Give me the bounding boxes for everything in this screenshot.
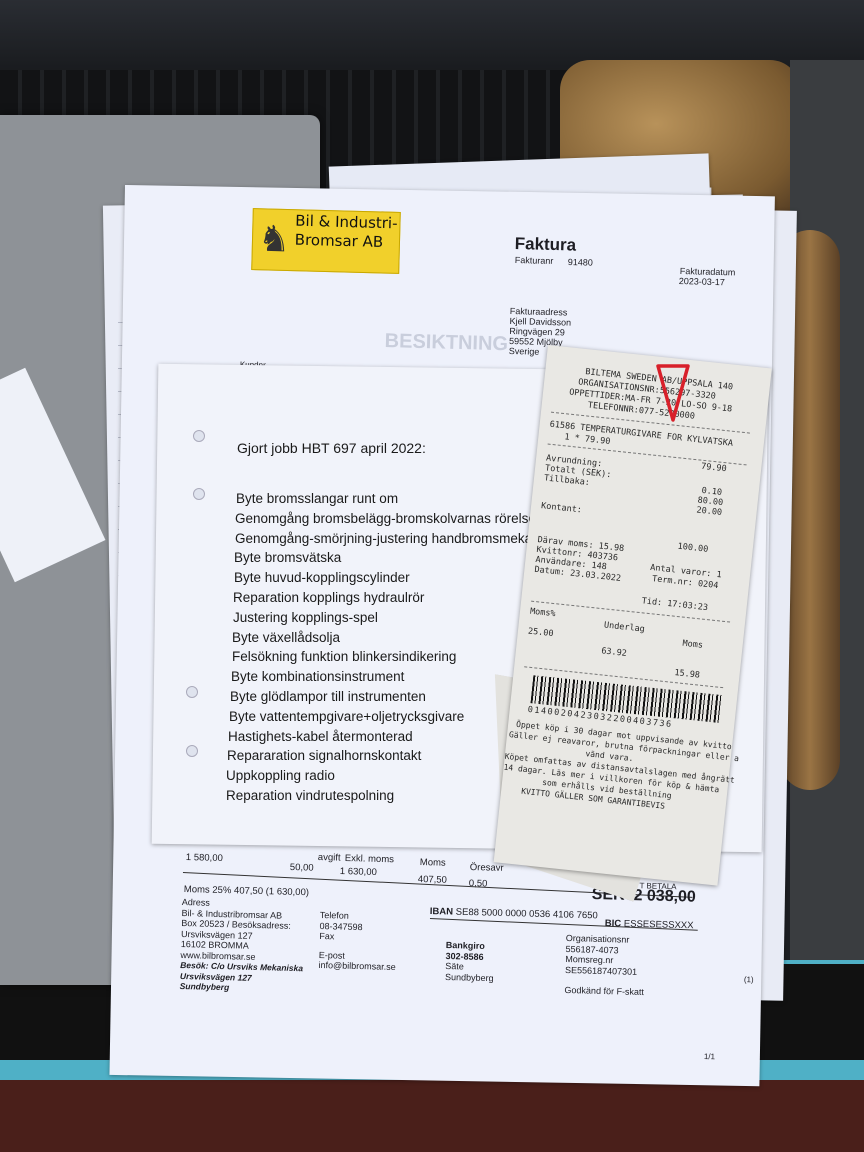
org-info: Organisationsnr 556187-4073 Momsreg.nr S… [564,933,645,998]
receipt-time: Tid: 17:03:23 [641,596,708,613]
job-list-item: Byte kombinationsinstrument [231,669,404,684]
job-list-item: Byte glödlampor till instrumenten [230,689,426,704]
seat: Sundbyberg [445,971,494,983]
watermark-text: BESIKTNING [384,330,508,356]
punch-hole [186,686,198,698]
fee-label: avgift [318,852,341,864]
punch-hole [186,745,198,757]
job-list-item: Hastighets-kabel återmonterad [228,729,413,744]
invoice-title: Faktura [514,234,576,256]
contact-info: Telefon 08-347598 Fax E-post info@bilbro… [318,910,397,972]
seat-label: Säte [445,961,494,973]
receipt-change: 20.00 [696,505,722,518]
punch-hole [193,488,205,500]
job-list-item: Reparation kopplings hydraulrör [233,590,424,605]
company-logo-text: Bil & Industri- Bromsar AB [295,212,398,253]
receipt-cash: 100.00 [677,542,709,555]
vat-table-header: Moms [682,639,703,651]
vat-table-header: Moms% [530,607,556,620]
bankgiro-label: Bankgiro [446,940,495,952]
paperclip-icon [655,362,691,424]
rounding-label: Öresavr [470,862,504,874]
punch-hole [193,430,205,442]
logo-line-2: Bromsar AB [295,231,398,253]
job-list-item: Repararation signalhornskontakt [227,748,421,763]
job-list-item: Byte huvud-kopplingscylinder [234,570,410,585]
total-value: 2 038,00 [633,887,696,906]
job-list-item: Justering kopplings-spel [233,610,378,625]
vatreg-number: SE556187407301 [565,964,645,977]
job-list-item: Byte vattentempgivare+oljetrycksgivare [229,709,464,724]
page-number-under: (1) [744,975,754,984]
ftax-note: Godkänd för F-skatt [564,985,644,998]
receipt-item-price: 79.90 [701,462,727,475]
receipt-cash-label: Kontant: [541,501,583,515]
job-list-item: Reparation vindrutespolning [226,788,394,803]
job-list-item: Uppkoppling radio [226,768,335,783]
excl-vat-value: 1 630,00 [340,866,377,878]
email: info@bilbromsar.se [318,960,395,973]
bic-label: BIC [605,918,622,929]
bankgiro-info: Bankgiro 302-8586 Säte Sundbyberg [445,940,495,983]
job-list-item: Byte bromsvätska [234,550,341,565]
job-list-item: Felsökning funktion blinkersindikering [232,649,456,664]
vat-table-header: Underlag [603,620,645,634]
job-list-item: Byte växellådsolja [232,630,340,645]
vat-table-cell: 15.98 [674,668,700,681]
job-list-title: Gjort jobb HBT 697 april 2022: [237,440,426,456]
subtotal: 1 580,00 [186,852,223,864]
vat-label: Moms [420,857,446,869]
job-list-item: Genomgång bromsbelägg-bromskolvarnas rör… [235,511,544,526]
job-list-item: Byte bromsslangar runt om [236,491,398,506]
car-floor [0,1080,864,1152]
page-number: 1/1 [704,1052,715,1061]
invoice-number: 91480 [568,257,593,268]
vat-table-cell: 63.92 [601,646,627,659]
company-address: Adress Bil- & Industribromsar AB Box 205… [180,897,305,995]
excl-vat-label: Exkl. moms [345,853,394,865]
invoice-date: 2023-03-17 [679,276,725,287]
vat-table-cell: 25.00 [527,627,553,640]
iban-label: IBAN [430,906,454,918]
fee-value: 50,00 [290,862,314,874]
invoice-number-label: Fakturanr [515,255,554,266]
job-list-item: Genomgång-smörjning-justering handbromsm… [235,531,537,546]
mascot-icon: ♞ [257,213,290,266]
